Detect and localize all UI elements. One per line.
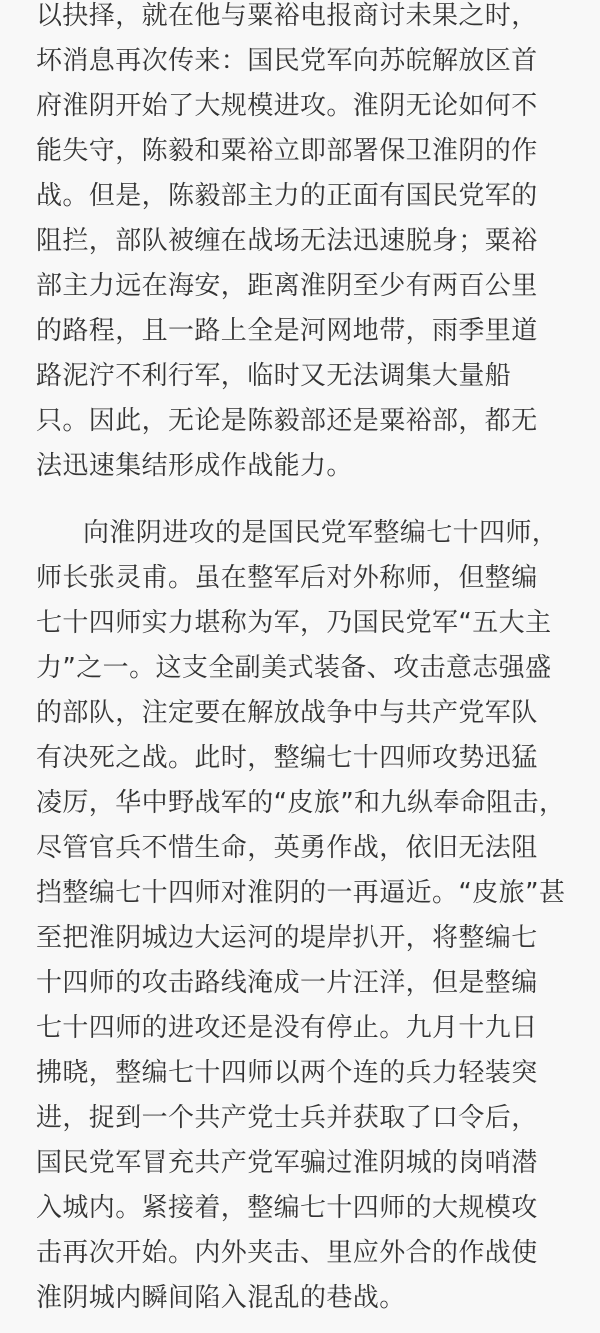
text-line: 至把淮阴城边大运河的堤岸扒开，将整编七 <box>36 916 576 961</box>
text-line: 战。但是，陈毅部主力的正面有国民党军的 <box>36 174 576 219</box>
text-line: 路泥泞不利行军，临时又无法调集大量船 <box>36 354 576 399</box>
text-line: 力”之一。这支全副美式装备、攻击意志强盛 <box>36 646 576 691</box>
text-line: 凌厉，华中野战军的“皮旅”和九纵奉命阻击， <box>36 781 576 826</box>
text-line: 的部队，注定要在解放战争中与共产党军队 <box>36 691 576 736</box>
text-line: 国民党军冒充共产党军骗过淮阴城的岗哨潜 <box>36 1141 576 1186</box>
text-line: 挡整编七十四师对淮阴的一再逼近。“皮旅”甚 <box>36 871 576 916</box>
text-line: 拂晓，整编七十四师以两个连的兵力轻装突 <box>36 1051 576 1096</box>
text-line: 师长张灵甫。虽在整军后对外称师，但整编 <box>36 556 576 601</box>
text-line: 能失守，陈毅和粟裕立即部署保卫淮阴的作 <box>36 129 576 174</box>
text-line: 部主力远在海安，距离淮阴至少有两百公里 <box>36 264 576 309</box>
text-line: 十四师的攻击路线淹成一片汪洋，但是整编 <box>36 961 576 1006</box>
text-line: 七十四师实力堪称为军，乃国民党军“五大主 <box>36 601 576 646</box>
article-body: 以抉择，就在他与粟裕电报商讨未果之时， 坏消息再次传来：国民党军向苏皖解放区首 … <box>36 0 576 1321</box>
text-line: 七十四师的进攻还是没有停止。九月十九日 <box>36 1006 576 1051</box>
text-line: 法迅速集结形成作战能力。 <box>36 444 576 489</box>
text-line: 入城内。紧接着，整编七十四师的大规模攻 <box>36 1186 576 1231</box>
text-line: 击再次开始。内外夹击、里应外合的作战使 <box>36 1231 576 1276</box>
paragraph-2: 向淮阴进攻的是国民党军整编七十四师， 师长张灵甫。虽在整军后对外称师，但整编 七… <box>36 511 576 1321</box>
text-line: 府淮阴开始了大规模进攻。淮阴无论如何不 <box>36 84 576 129</box>
text-line: 进，捉到一个共产党士兵并获取了口令后， <box>36 1096 576 1141</box>
text-line: 的路程，且一路上全是河网地带，雨季里道 <box>36 309 576 354</box>
text-line: 只。因此，无论是陈毅部还是粟裕部，都无 <box>36 399 576 444</box>
text-line: 有决死之战。此时，整编七十四师攻势迅猛 <box>36 736 576 781</box>
text-line: 尽管官兵不惜生命，英勇作战，依旧无法阻 <box>36 826 576 871</box>
text-line: 阻拦，部队被缠在战场无法迅速脱身；粟裕 <box>36 219 576 264</box>
text-line: 坏消息再次传来：国民党军向苏皖解放区首 <box>36 39 576 84</box>
text-line: 以抉择，就在他与粟裕电报商讨未果之时， <box>36 0 576 39</box>
paragraph-1: 以抉择，就在他与粟裕电报商讨未果之时， 坏消息再次传来：国民党军向苏皖解放区首 … <box>36 0 576 489</box>
text-line: 淮阴城内瞬间陷入混乱的巷战。 <box>36 1276 576 1321</box>
text-line-indented: 向淮阴进攻的是国民党军整编七十四师， <box>36 511 576 556</box>
